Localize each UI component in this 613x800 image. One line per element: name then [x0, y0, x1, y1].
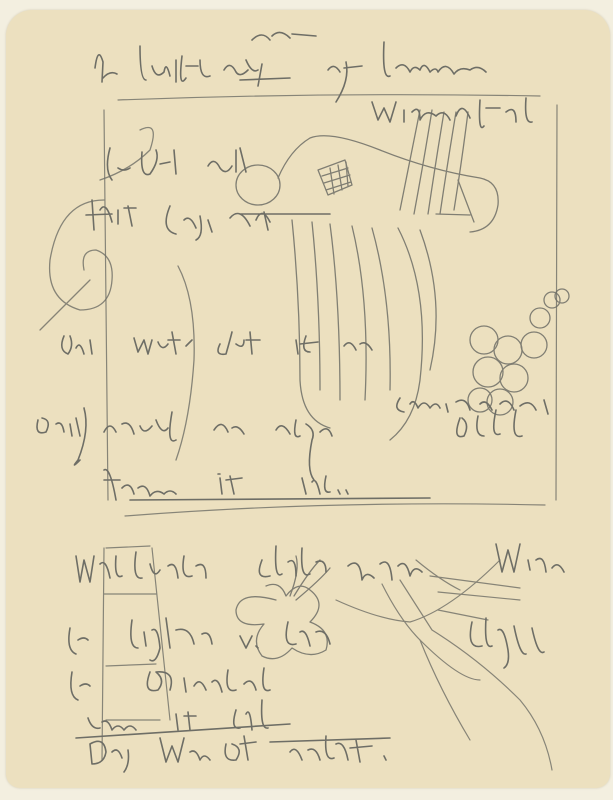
- reclining-figure: [236, 110, 498, 440]
- scroll-loop: [40, 128, 194, 461]
